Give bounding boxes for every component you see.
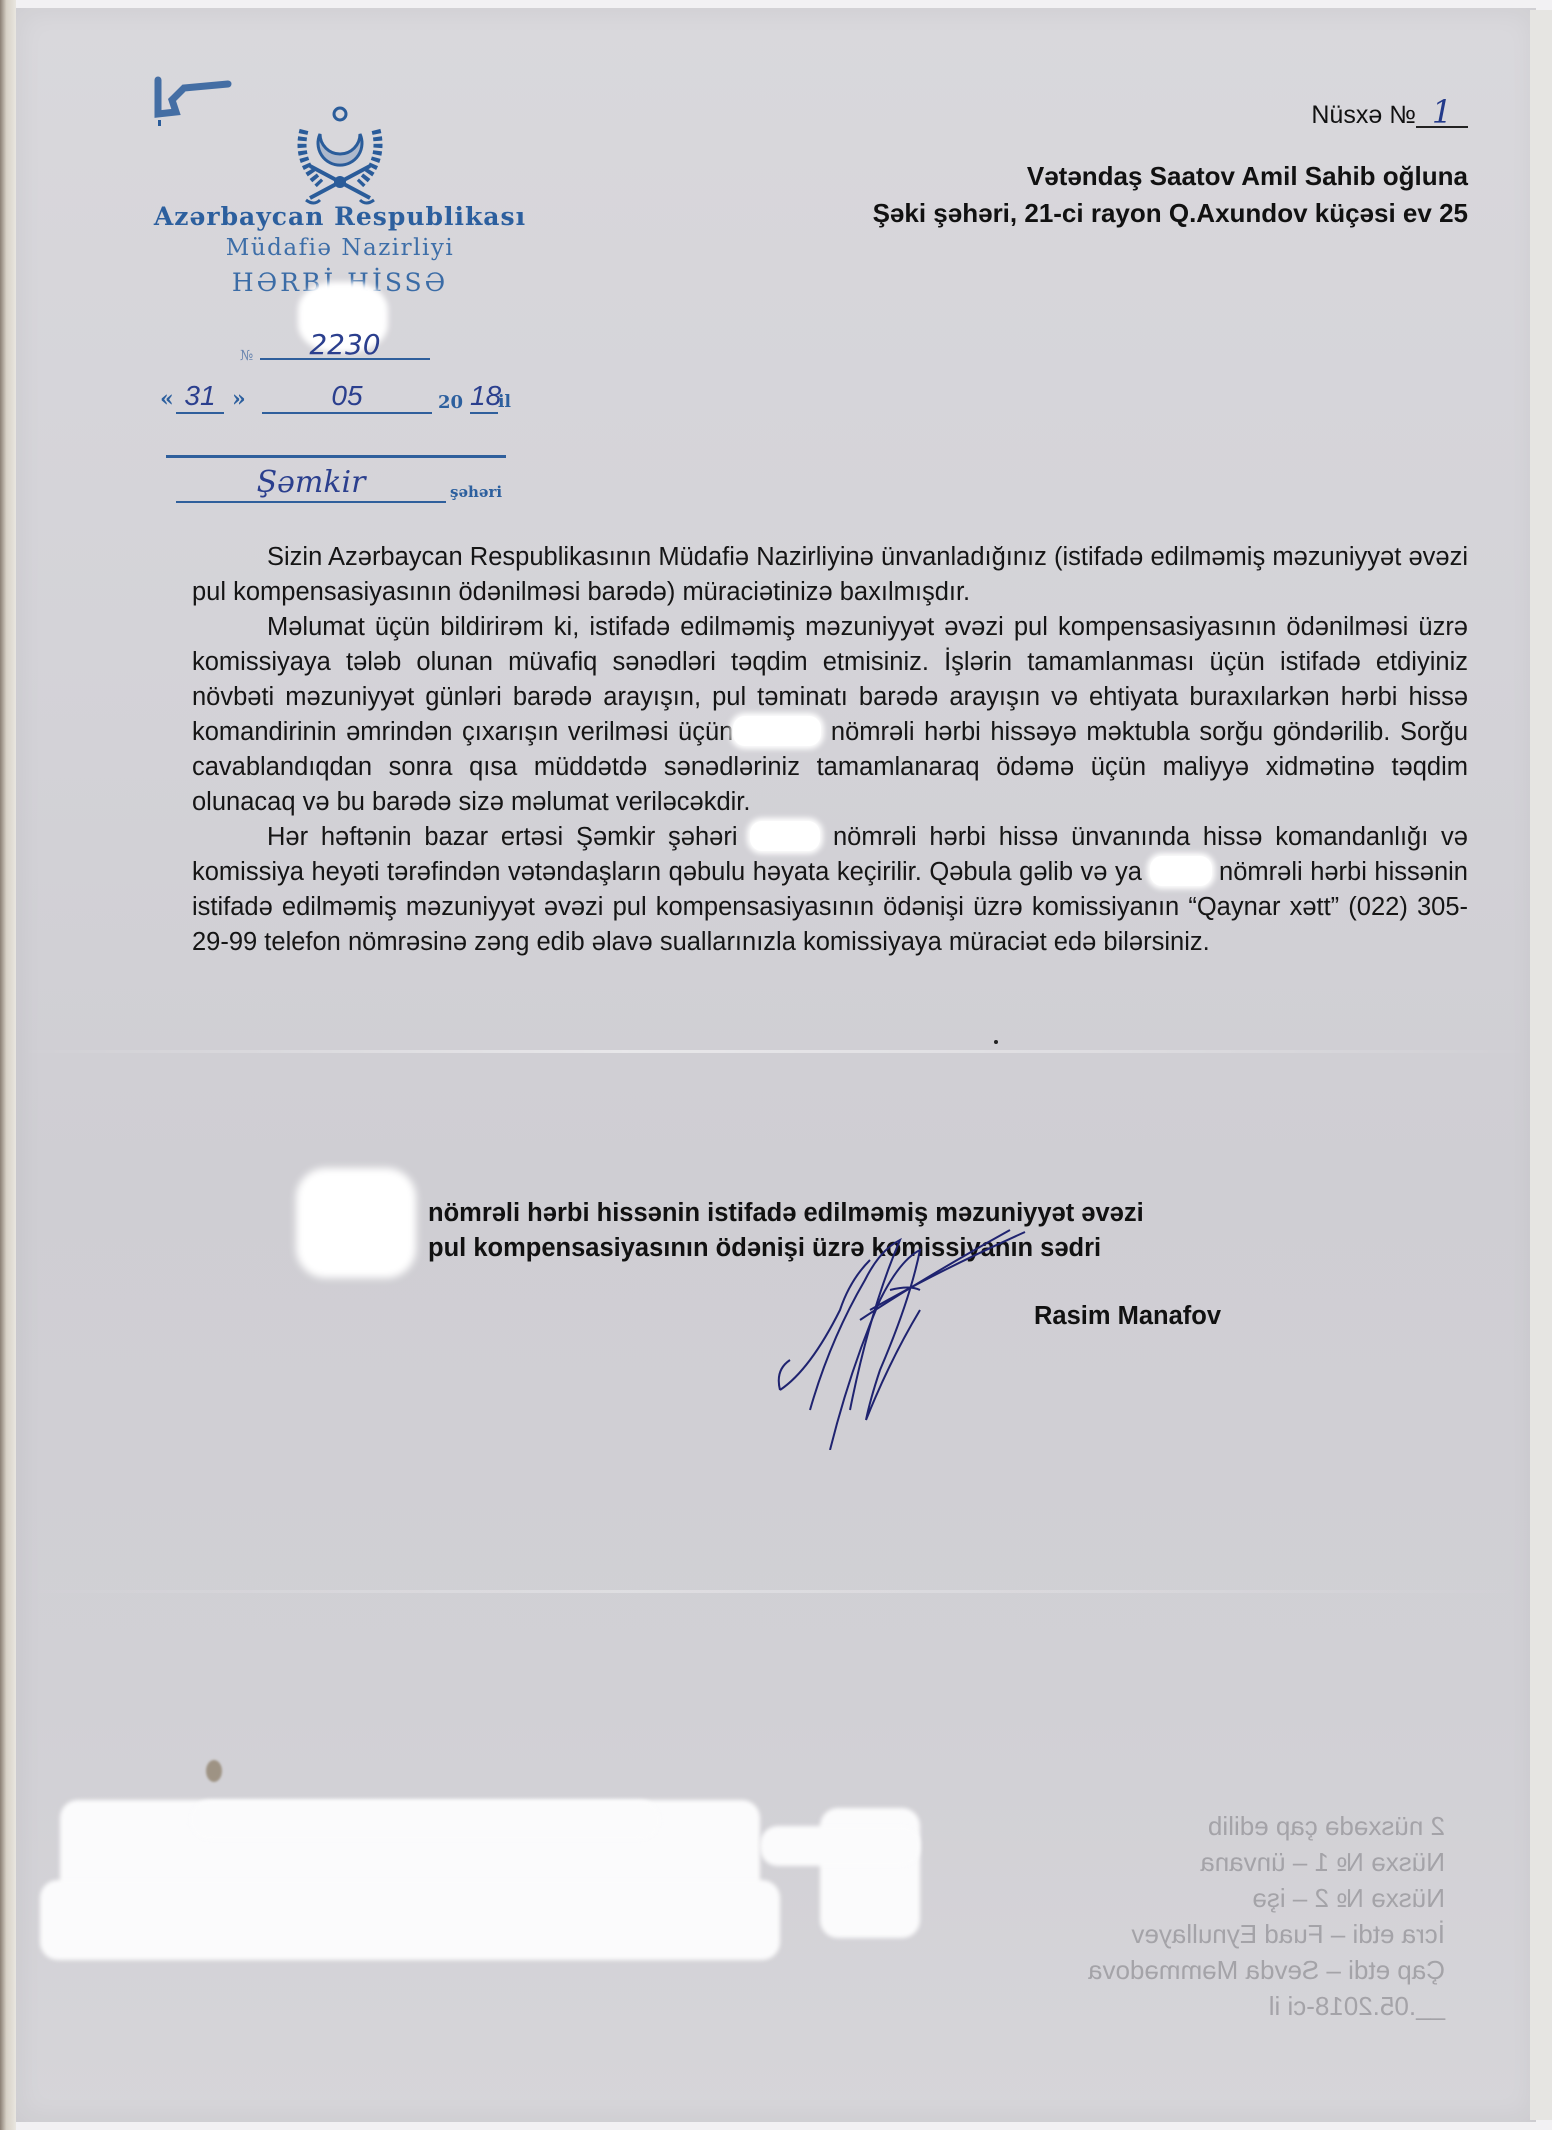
paragraph-3: Hər həftənin bazar ertəsi Şəmkir şəhəri … bbox=[192, 820, 1468, 960]
redaction-mark bbox=[190, 1800, 660, 1840]
recipient-block: Vətəndaş Saatov Amil Sahib oğluna Şəki ş… bbox=[873, 158, 1468, 232]
copy-label: Nüsxə № bbox=[1311, 101, 1416, 129]
handwritten-signature-icon bbox=[770, 1220, 1090, 1450]
redaction-mark bbox=[296, 1168, 416, 1278]
paper-stain bbox=[206, 1760, 222, 1782]
stamp-number-label: № bbox=[240, 348, 253, 364]
stamp-city: Şəmkir şəhəri bbox=[176, 465, 526, 505]
paragraph-1: Sizin Azərbaycan Respublikasının Müdafiə… bbox=[192, 540, 1468, 610]
copy-number: Nüsxə №1 bbox=[1311, 98, 1468, 130]
recipient-name: Vətəndaş Saatov Amil Sahib oğluna bbox=[873, 158, 1468, 195]
stamp-divider bbox=[166, 455, 506, 458]
redaction-mark bbox=[760, 1826, 920, 1866]
letter-body: Sizin Azərbaycan Respublikasının Müdafiə… bbox=[192, 540, 1468, 960]
date-year-prefix: 20 bbox=[438, 392, 463, 413]
redaction-mark bbox=[40, 1880, 780, 1960]
azerbaijan-emblem-icon bbox=[290, 100, 390, 210]
recipient-address: Şəki şəhəri, 21-ci rayon Q.Axundov küçəs… bbox=[873, 195, 1468, 232]
redaction-mark bbox=[733, 716, 821, 746]
outgoing-number: 2230 bbox=[260, 328, 430, 360]
paper-fold-line bbox=[16, 1590, 1536, 1593]
ink-speck bbox=[994, 1040, 998, 1044]
scan-right-edge bbox=[1530, 10, 1552, 2120]
paragraph-2: Məlumat üçün bildirirəm ki, istifadə edi… bbox=[192, 610, 1468, 820]
bleed-through-text: 2 nüsxədə çap edilib Nüsxə № 1 – ünvana … bbox=[1000, 1808, 1445, 2024]
date-year: 18 bbox=[470, 380, 498, 414]
stamp-date: « 31 » 05 20 18 il bbox=[160, 380, 520, 416]
redaction-mark bbox=[1150, 856, 1212, 886]
date-open-quote: « bbox=[160, 386, 174, 412]
scan-left-edge bbox=[0, 0, 16, 2130]
city-suffix: şəhəri bbox=[450, 483, 502, 501]
paper-fold-line bbox=[16, 1050, 1536, 1053]
date-month: 05 bbox=[262, 380, 432, 414]
copy-value: 1 bbox=[1416, 98, 1468, 128]
stamp-corner-mark-icon bbox=[154, 76, 234, 126]
redaction-mark bbox=[750, 821, 820, 851]
date-close-quote: » bbox=[232, 386, 246, 412]
stamp-ministry: Müdafiə Nazirliyi bbox=[150, 235, 530, 261]
date-year-unit: il bbox=[498, 392, 511, 412]
date-day: 31 bbox=[176, 380, 224, 414]
city-name: Şəmkir bbox=[176, 465, 446, 503]
stamp-country: Azərbaycan Respublikası bbox=[150, 202, 530, 231]
signer-name: Rasim Manafov bbox=[1034, 1302, 1221, 1331]
